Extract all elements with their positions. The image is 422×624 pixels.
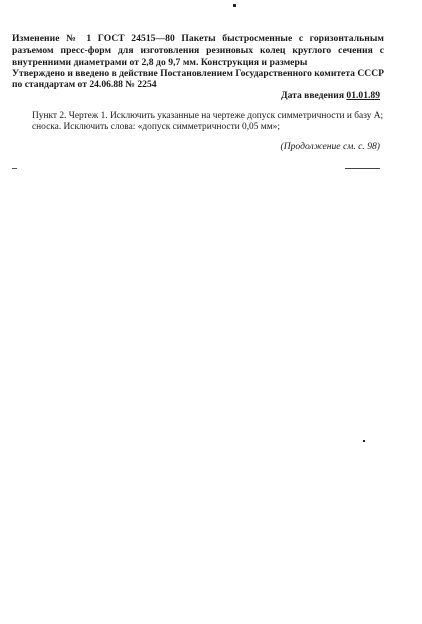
amendment-title: Изменение № 1 ГОСТ 24515—80 Пакеты быстр…: [12, 33, 384, 69]
document-page: Изменение № 1 ГОСТ 24515—80 Пакеты быстр…: [0, 0, 422, 624]
scan-speck: [363, 440, 365, 442]
page-mark-right: [345, 168, 380, 169]
effective-date-label: Дата введения: [281, 90, 344, 101]
paragraph-item-2: Пункт 2. Чертеж 1. Исключить указанные н…: [12, 111, 384, 122]
approval-statement: Утверждено и введено в действие Постанов…: [12, 68, 384, 90]
effective-date: Дата введения 01.01.89: [281, 90, 380, 101]
amendment-body: Пункт 2. Чертеж 1. Исключить указанные н…: [12, 111, 384, 133]
continuation-note: (Продолжение см. с. 98): [281, 141, 380, 152]
scan-speck: [233, 4, 236, 7]
effective-date-value: 01.01.89: [346, 90, 380, 101]
paragraph-footnote: сноска. Исключить слова: «допуск симметр…: [12, 122, 384, 133]
page-mark-left: [12, 168, 17, 169]
